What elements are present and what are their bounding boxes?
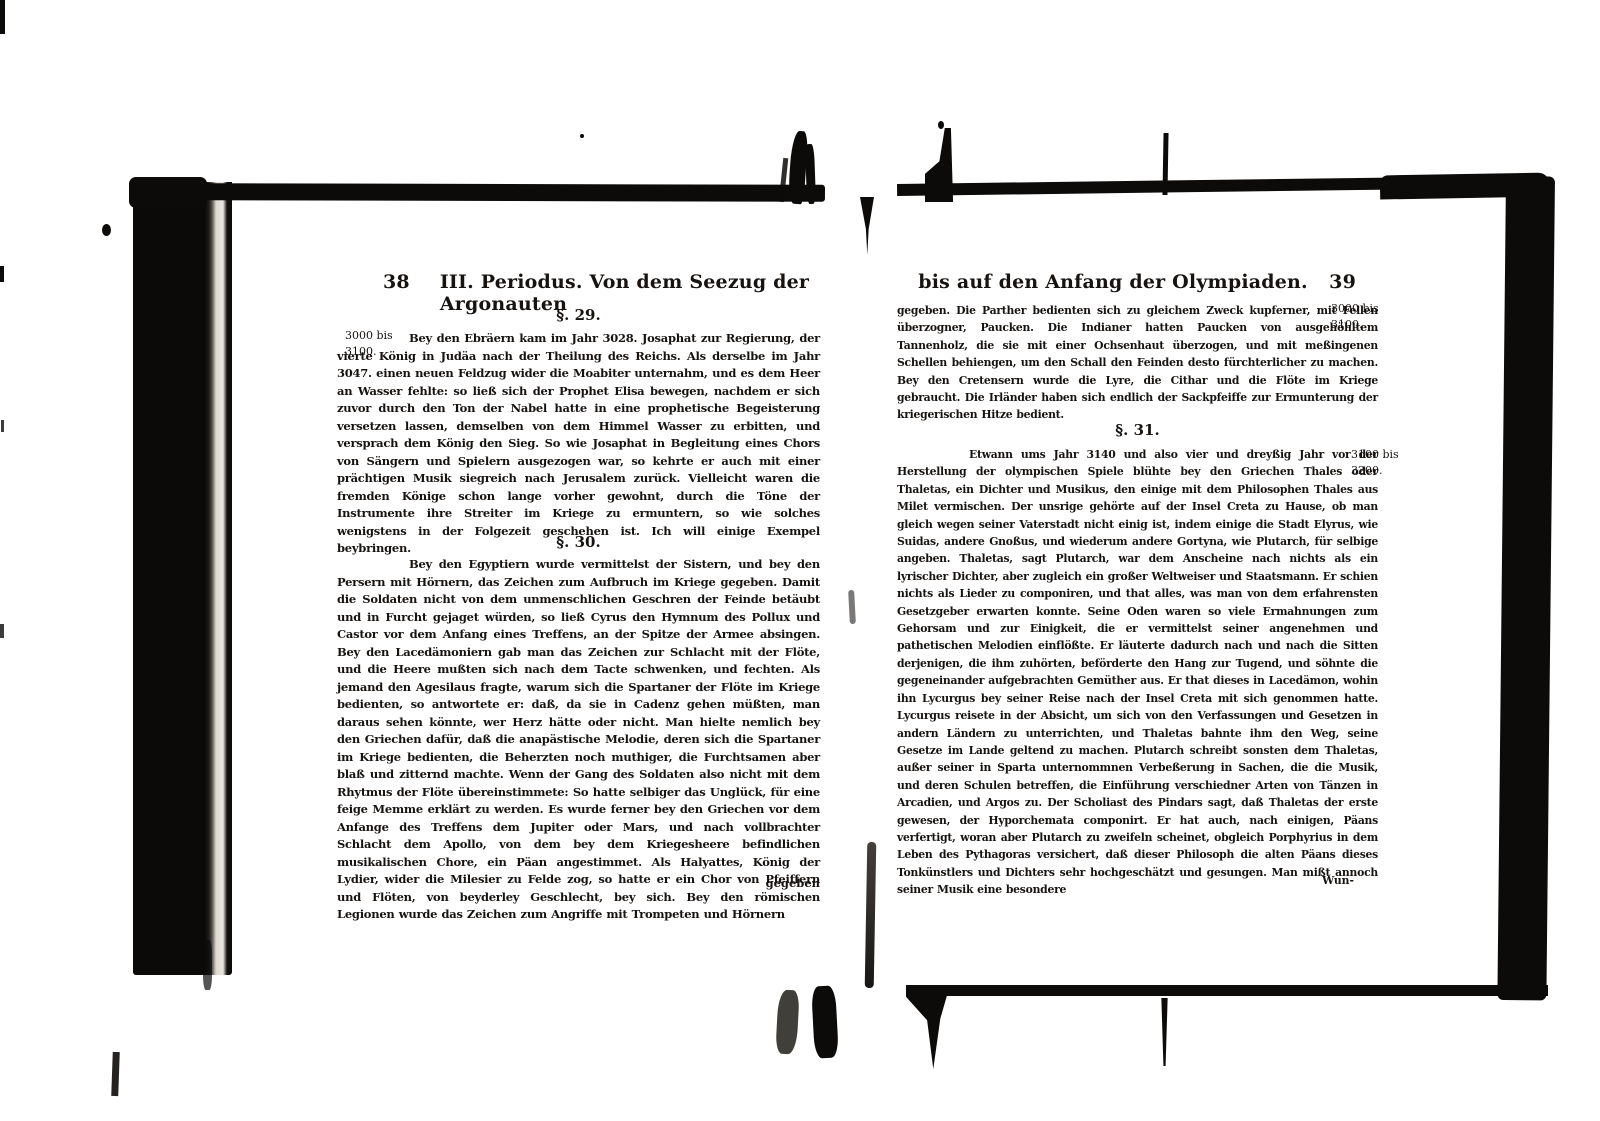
scan-ink-right-bottom-bar bbox=[908, 985, 1548, 996]
section-29-paragraph: Bey den Ebräern kam im Jahr 3028. Josaph… bbox=[337, 330, 820, 558]
section-29-heading: §. 29. bbox=[337, 306, 820, 324]
continuation-paragraph: gegeben. Die Parther bedienten sich zu g… bbox=[897, 302, 1378, 424]
section-30-paragraph: Bey den Egyptiern wurde vermittelst der … bbox=[337, 556, 820, 924]
scan-ink-gutter-mark bbox=[805, 144, 816, 204]
scan-speck bbox=[111, 1052, 120, 1096]
scan-ink-right-edge-bar bbox=[1497, 176, 1555, 1000]
scan-speck bbox=[0, 624, 4, 638]
scan-ink-drip bbox=[860, 197, 874, 255]
scan-ink-left-top-bar bbox=[133, 183, 825, 202]
scan-speck bbox=[0, 266, 4, 282]
scan-speck bbox=[580, 134, 584, 138]
section-30-heading: §. 30. bbox=[337, 533, 820, 551]
right-running-title: bis auf den Anfang der Olympiaden. bbox=[897, 271, 1329, 293]
book-scan-spread: 38 III. Periodus. Von dem Seezug der Arg… bbox=[0, 0, 1600, 1121]
scan-speck bbox=[102, 224, 111, 236]
scan-ink-blotch bbox=[811, 985, 839, 1058]
section-31-heading: §. 31. bbox=[897, 421, 1378, 439]
scan-speck bbox=[1, 420, 4, 432]
left-catchword: gegeben bbox=[337, 876, 820, 890]
scan-ink-gutter-mark bbox=[865, 842, 877, 988]
scan-ink-blotch bbox=[906, 985, 950, 1069]
scan-ink-left-edge-bar bbox=[133, 182, 232, 975]
right-page-header: bis auf den Anfang der Olympiaden. 39 bbox=[897, 271, 1378, 293]
scan-speck bbox=[0, 0, 5, 34]
scan-ink-blotch bbox=[775, 989, 799, 1054]
section-31-paragraph: Etwann ums Jahr 3140 und also vier und d… bbox=[897, 446, 1378, 899]
scan-speck bbox=[203, 940, 212, 990]
right-catchword: Wun- bbox=[897, 874, 1378, 887]
scan-ink-blotch bbox=[938, 121, 944, 129]
scan-ink-drip bbox=[1160, 998, 1169, 1066]
scan-ink-left-top-corner bbox=[129, 177, 207, 208]
scan-ink-gutter-mark bbox=[848, 590, 856, 624]
right-page-number: 39 bbox=[1329, 271, 1378, 293]
left-page-number: 38 bbox=[383, 271, 410, 293]
